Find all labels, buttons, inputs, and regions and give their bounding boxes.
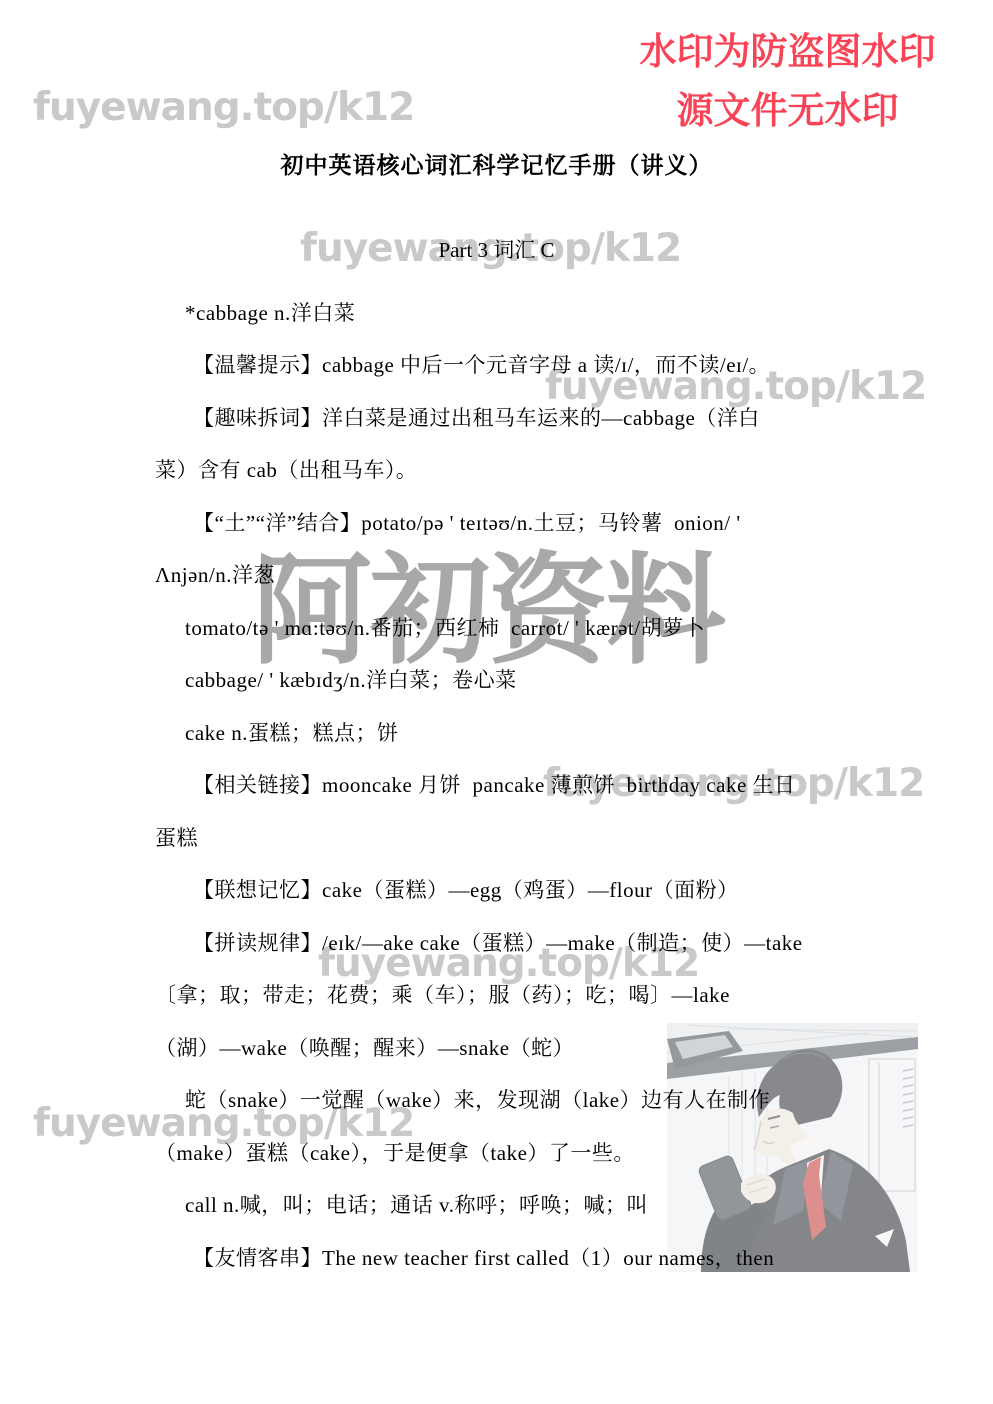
anti-theft-notice: 水印为防盗图水印 源文件无水印 xyxy=(600,22,975,140)
brand-watermark: 阿初资料 xyxy=(252,552,724,672)
anti-theft-line1: 水印为防盗图水印 xyxy=(600,22,975,81)
doc-line-cabbage-ipa: cabbage/ ' kæbɪdʒ/n.洋白菜；卷心菜 xyxy=(185,670,517,691)
doc-line-tomato: tomato/tə ' mɑ:təʊ/n.番茄；西红柿 carrot/ ' kæ… xyxy=(185,618,705,639)
document-page: fuyewang.top/k12 fuyewang.top/k12 fuyewa… xyxy=(0,0,993,1404)
doc-line: Λnjən/n.洋葱 xyxy=(155,565,275,586)
doc-line-spelling-rule: 【拼读规律】/eɪk/—ake cake（蛋糕）—make（制造；使）—take xyxy=(193,933,803,954)
doc-line-entry-cake: cake n.蛋糕；糕点；饼 xyxy=(185,723,398,744)
site-watermark: fuyewang.top/k12 xyxy=(33,88,414,127)
doc-line-story: 蛇（snake）一觉醒（wake）来，发现湖（lake）边有人在制作 xyxy=(185,1090,770,1111)
doc-line-links: 【相关链接】mooncake 月饼 pancake 薄煎饼 birthday c… xyxy=(193,775,796,796)
doc-line-entry-call: call n.喊，叫；电话；通话 v.称呼；呼唤；喊；叫 xyxy=(185,1195,648,1216)
doc-line-wordsplit: 【趣味拆词】洋白菜是通过出租马车运来的—cabbage（洋白 xyxy=(193,408,760,429)
doc-line-association: 【联想记忆】cake（蛋糕）—egg（鸡蛋）—flour（面粉） xyxy=(193,880,739,901)
doc-line: （make）蛋糕（cake），于是便拿（take）了一些。 xyxy=(155,1143,635,1164)
doc-line-combo: 【“土”“洋”结合】potato/pə ' teɪtəʊ/n.土豆；马铃薯 on… xyxy=(193,513,741,534)
doc-line: 菜）含有 cab（出租马车）。 xyxy=(155,460,417,481)
man-reading-phone-illustration xyxy=(667,1023,918,1272)
doc-line: 〔拿；取；带走；花费；乘（车）；服（药）；吃；喝〕—lake xyxy=(155,985,730,1006)
doc-line-entry-cabbage: *cabbage n.洋白菜 xyxy=(185,303,355,324)
anti-theft-line2: 源文件无水印 xyxy=(600,81,975,140)
section-heading: Part 3 词汇 C xyxy=(0,234,993,264)
page-title: 初中英语核心词汇科学记忆手册（讲义） xyxy=(0,147,993,180)
doc-line-tip: 【温馨提示】cabbage 中后一个元音字母 a 读/ɪ/，而不读/eɪ/。 xyxy=(193,355,770,376)
doc-line-cameo: 【友情客串】The new teacher first called（1）our… xyxy=(193,1248,774,1269)
doc-line: 蛋糕 xyxy=(155,828,198,849)
doc-line: （湖）—wake（唤醒；醒来）—snake（蛇） xyxy=(155,1038,574,1059)
